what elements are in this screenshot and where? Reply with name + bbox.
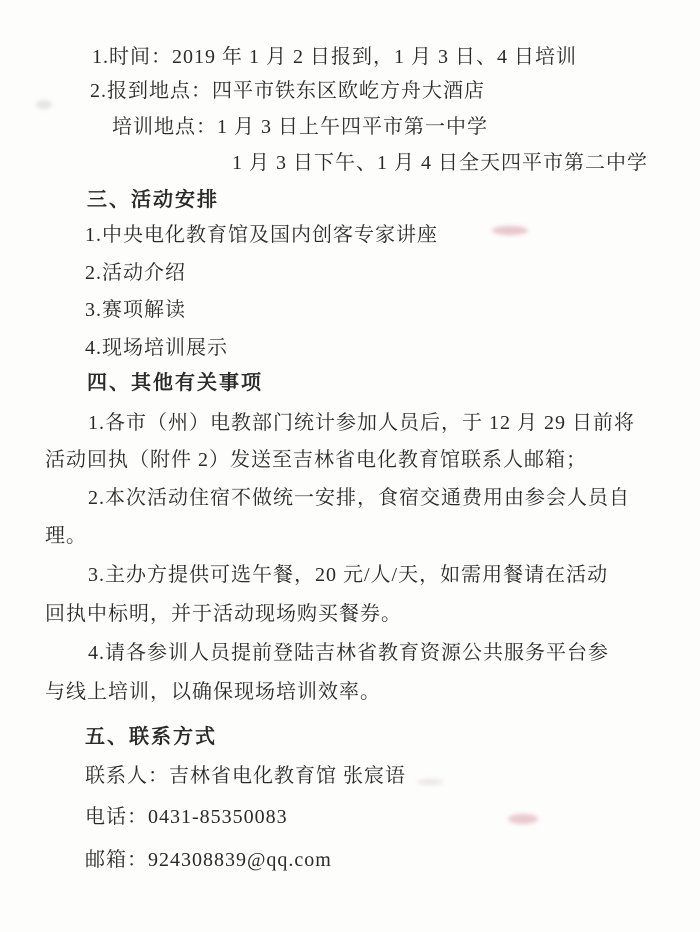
other-item-2-line-1: 2.本次活动住宿不做统一安排，食宿交通费用由参会人员自	[88, 484, 630, 512]
activity-item-1: 1.中央电化教育馆及国内创客专家讲座	[85, 221, 438, 249]
other-item-3-line-1: 3.主办方提供可选午餐，20 元/人/天，如需用餐请在活动	[88, 561, 608, 589]
other-item-4-line-2: 与线上培训，以确保现场培训效率。	[45, 678, 381, 706]
scan-smudge-gray-1	[36, 100, 52, 109]
other-item-1-line-1: 1.各市（州）电教部门统计参加人员后，于 12 月 29 日前将	[88, 409, 635, 437]
other-item-4-line-1: 4.请各参训人员提前登陆吉林省教育资源公共服务平台参	[88, 639, 609, 667]
scan-smudge-gray-2	[417, 779, 443, 785]
activity-item-4: 4.现场培训展示	[85, 334, 228, 362]
contact-person-line: 联系人：吉林省电化教育馆 张宸语	[85, 762, 406, 790]
scan-smudge-pink-1	[492, 226, 528, 235]
activity-item-2: 2.活动介绍	[85, 259, 186, 287]
scan-smudge-pink-2	[508, 814, 538, 824]
scanned-document-page: 1.时间：2019 年 1 月 2 日报到，1 月 3 日、4 日培训 2.报到…	[0, 0, 700, 932]
line-checkin-location: 2.报到地点：四平市铁东区欧屹方舟大酒店	[90, 77, 485, 105]
other-item-3-line-2: 回执中标明，并于活动现场购买餐券。	[45, 600, 402, 628]
other-item-2-line-2: 理。	[45, 522, 87, 550]
line-time: 1.时间：2019 年 1 月 2 日报到，1 月 3 日、4 日培训	[92, 43, 577, 71]
email-line: 邮箱：924308839@qq.com	[85, 846, 332, 874]
phone-line: 电话：0431-85350083	[85, 803, 288, 831]
line-training-location-1: 培训地点：1 月 3 日上午四平市第一中学	[112, 113, 488, 141]
section5-heading: 五、联系方式	[85, 723, 217, 751]
section4-heading: 四、其他有关事项	[87, 369, 263, 397]
other-item-1-line-2: 活动回执（附件 2）发送至吉林省电化教育馆联系人邮箱；	[45, 446, 587, 474]
line-training-location-2: 1 月 3 日下午、1 月 4 日全天四平市第二中学	[232, 149, 648, 177]
activity-item-3: 3.赛项解读	[85, 296, 186, 324]
section3-heading: 三、活动安排	[87, 186, 219, 214]
